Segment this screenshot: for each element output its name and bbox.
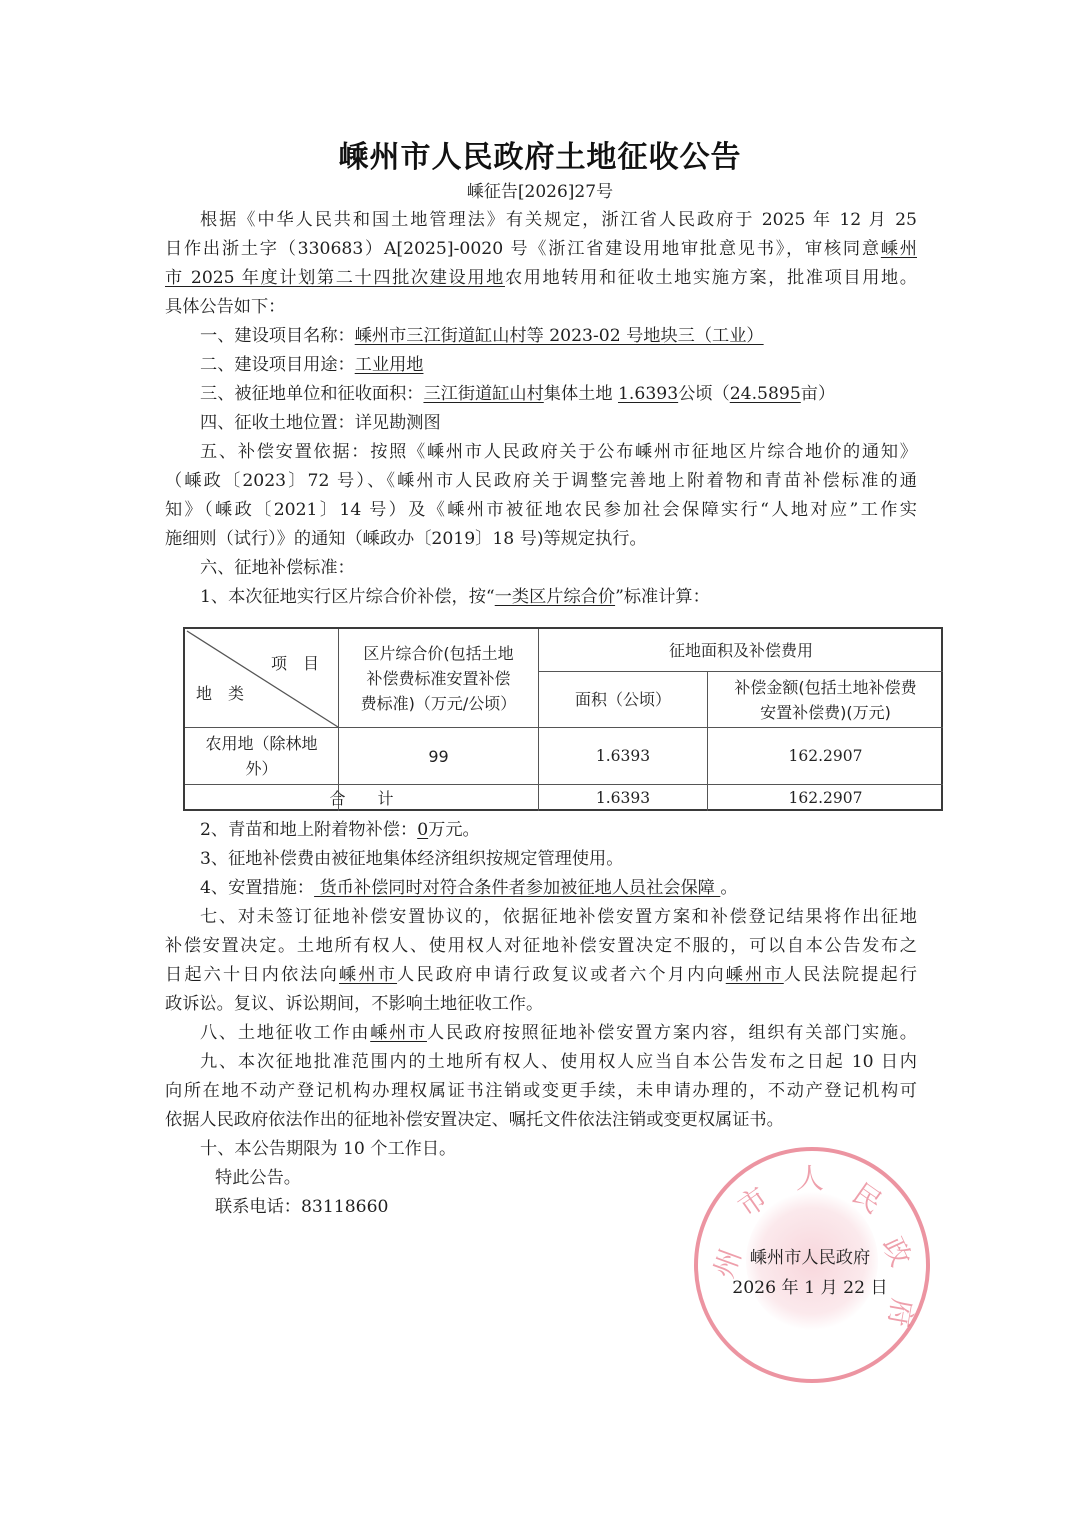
header-area: 面积（公顷） — [539, 672, 707, 727]
document-title: 嵊州市人民政府土地征收公告 — [0, 132, 1080, 176]
item5-line-4: 施细则（试行）》的通知（嵊政办〔2019〕18 号)等规定执行。 — [165, 525, 917, 554]
issue-date: 2026 年 1 月 22 日 — [690, 1273, 930, 1298]
header-land-type: 地 类 — [185, 679, 255, 707]
item5-line-1: 五、补偿安置依据：按照《嵊州市人民政府关于公布嵊州市征地区片综合地价的通知》 — [200, 438, 917, 467]
intro-line-1: 根据《中华人民共和国土地管理法》有关规定，浙江省人民政府于 2025 年 12 … — [200, 206, 917, 235]
area-hectares: 1.6393 — [618, 384, 678, 404]
item5-line-2: （嵊政〔2023〕72 号）、《嵊州市人民政府关于调整完善地上附着物和青苗补偿标… — [165, 467, 917, 496]
row-land-type: 农用地（除林地 外） — [185, 728, 338, 784]
row-amount: 162.2907 — [708, 728, 943, 784]
item5-line-3: 知》（嵊政〔2021〕14 号）及《嵊州市被征地农民参加社会保障实行“人地对应”… — [165, 496, 917, 525]
item6-2: 2、青苗和地上附着物补偿：0万元。 — [200, 816, 917, 845]
item-project-name: 一、建设项目名称：嵊州市三江街道缸山村等 2023-02 号地块三（工业） — [200, 322, 917, 351]
header-item: 项 目 — [255, 649, 335, 677]
header-zone-price: 区片综合价(包括土地 补偿费标准安置补偿 费标准)（万元/公顷） — [339, 629, 538, 727]
item6-1: 1、本次征地实行区片综合价补偿，按“一类区片综合价”标准计算： — [200, 583, 917, 612]
issuer-name: 嵊州市人民政府 — [690, 1243, 930, 1268]
project-name-value: 嵊州市三江街道缸山村等 2023-02 号地块三（工业） — [355, 326, 764, 346]
header-area-and-fee-group: 征地面积及补偿费用 — [539, 629, 943, 671]
compensation-table: 项 目 地 类 区片综合价(包括土地 补偿费标准安置补偿 费标准)（万元/公顷）… — [183, 627, 943, 811]
announcement-page: 嵊州市人民政府土地征收公告 嵊征告[2026]27号 根据《中华人民共和国土地管… — [0, 0, 1080, 1527]
section7-line-2: 补偿安置决定。土地所有权人、使用权人对征地补偿安置决定不服的，可以自本公告发布之 — [165, 932, 917, 961]
total-area: 1.6393 — [539, 785, 707, 811]
section9-line-2: 向所在地不动产登记机构办理权属证书注销或变更手续，未申请办理的，不动产登记机构可 — [165, 1077, 917, 1106]
resettlement-measure: 货币补偿同时对符合条件者参加被征地人员社会保障 — [314, 878, 720, 898]
item6-3: 3、征地补偿费由被征地集体经济组织按规定管理使用。 — [200, 845, 917, 874]
item-project-use: 二、建设项目用途：工业用地 — [200, 351, 917, 380]
area-mu: 24.5895 — [730, 384, 801, 404]
crop-compensation-amount: 0 — [417, 820, 428, 840]
zone-price-class: 一类区片综合价 — [495, 587, 615, 607]
underlined-batch: 市 2025 年度计划第二十四批次建设用地 — [165, 268, 505, 288]
seal-char: 府 — [880, 1296, 924, 1331]
item-location: 四、征收土地位置：详见勘测图 — [200, 409, 917, 438]
underlined-city: 嵊州 — [881, 239, 917, 259]
item-expropriated-area: 三、被征地单位和征收面积：三江街道缸山村集体土地 1.6393公顷（24.589… — [200, 380, 917, 409]
section7-line-4: 政诉讼。复议、诉讼期间，不影响土地征收工作。 — [165, 990, 917, 1019]
header-amount: 补偿金额(包括土地补偿费 安置补偿费)(万元) — [708, 672, 943, 727]
project-use-value: 工业用地 — [355, 355, 424, 375]
section9-line-1: 九、本次征地批准范围内的土地所有权人、使用权人应当自本公告发布之日起 10 日内 — [200, 1048, 917, 1077]
seal-char: 人 — [796, 1157, 824, 1197]
total-amount: 162.2907 — [708, 785, 943, 811]
section7-line-1: 七、对未签订征地补偿安置协议的，依据征地补偿安置方案和补偿登记结果将作出征地 — [200, 903, 917, 932]
item-compensation-standard: 六、征地补偿标准： — [200, 554, 917, 583]
total-label: 合 计 — [185, 785, 538, 811]
row-area: 1.6393 — [539, 728, 707, 784]
intro-line-4: 具体公告如下： — [165, 293, 917, 322]
item6-4: 4、安置措施： 货币补偿同时对符合条件者参加被征地人员社会保障 。 — [200, 874, 917, 903]
document-number: 嵊征告[2026]27号 — [0, 177, 1080, 202]
intro-line-3: 市 2025 年度计划第二十四批次建设用地农用地转用和征收土地实施方案，批准项目… — [165, 264, 917, 293]
row-price: 99 — [339, 728, 538, 784]
section8: 八、土地征收工作由嵊州市人民政府按照征地补偿安置方案内容，组织有关部门实施。 — [200, 1019, 917, 1048]
section9-line-3: 依据人民政府依法作出的征地补偿安置决定、嘱托文件依法注销或变更权属证书。 — [165, 1106, 917, 1135]
expropriated-unit: 三江街道缸山村 — [423, 384, 543, 404]
section7-line-3: 日起六十日内依法向嵊州市人民政府申请行政复议或者六个月内向嵊州市人民法院提起行 — [165, 961, 917, 990]
intro-line-2: 日作出浙土字（330683）A[2025]-0020 号《浙江省建设用地审批意见… — [165, 235, 917, 264]
